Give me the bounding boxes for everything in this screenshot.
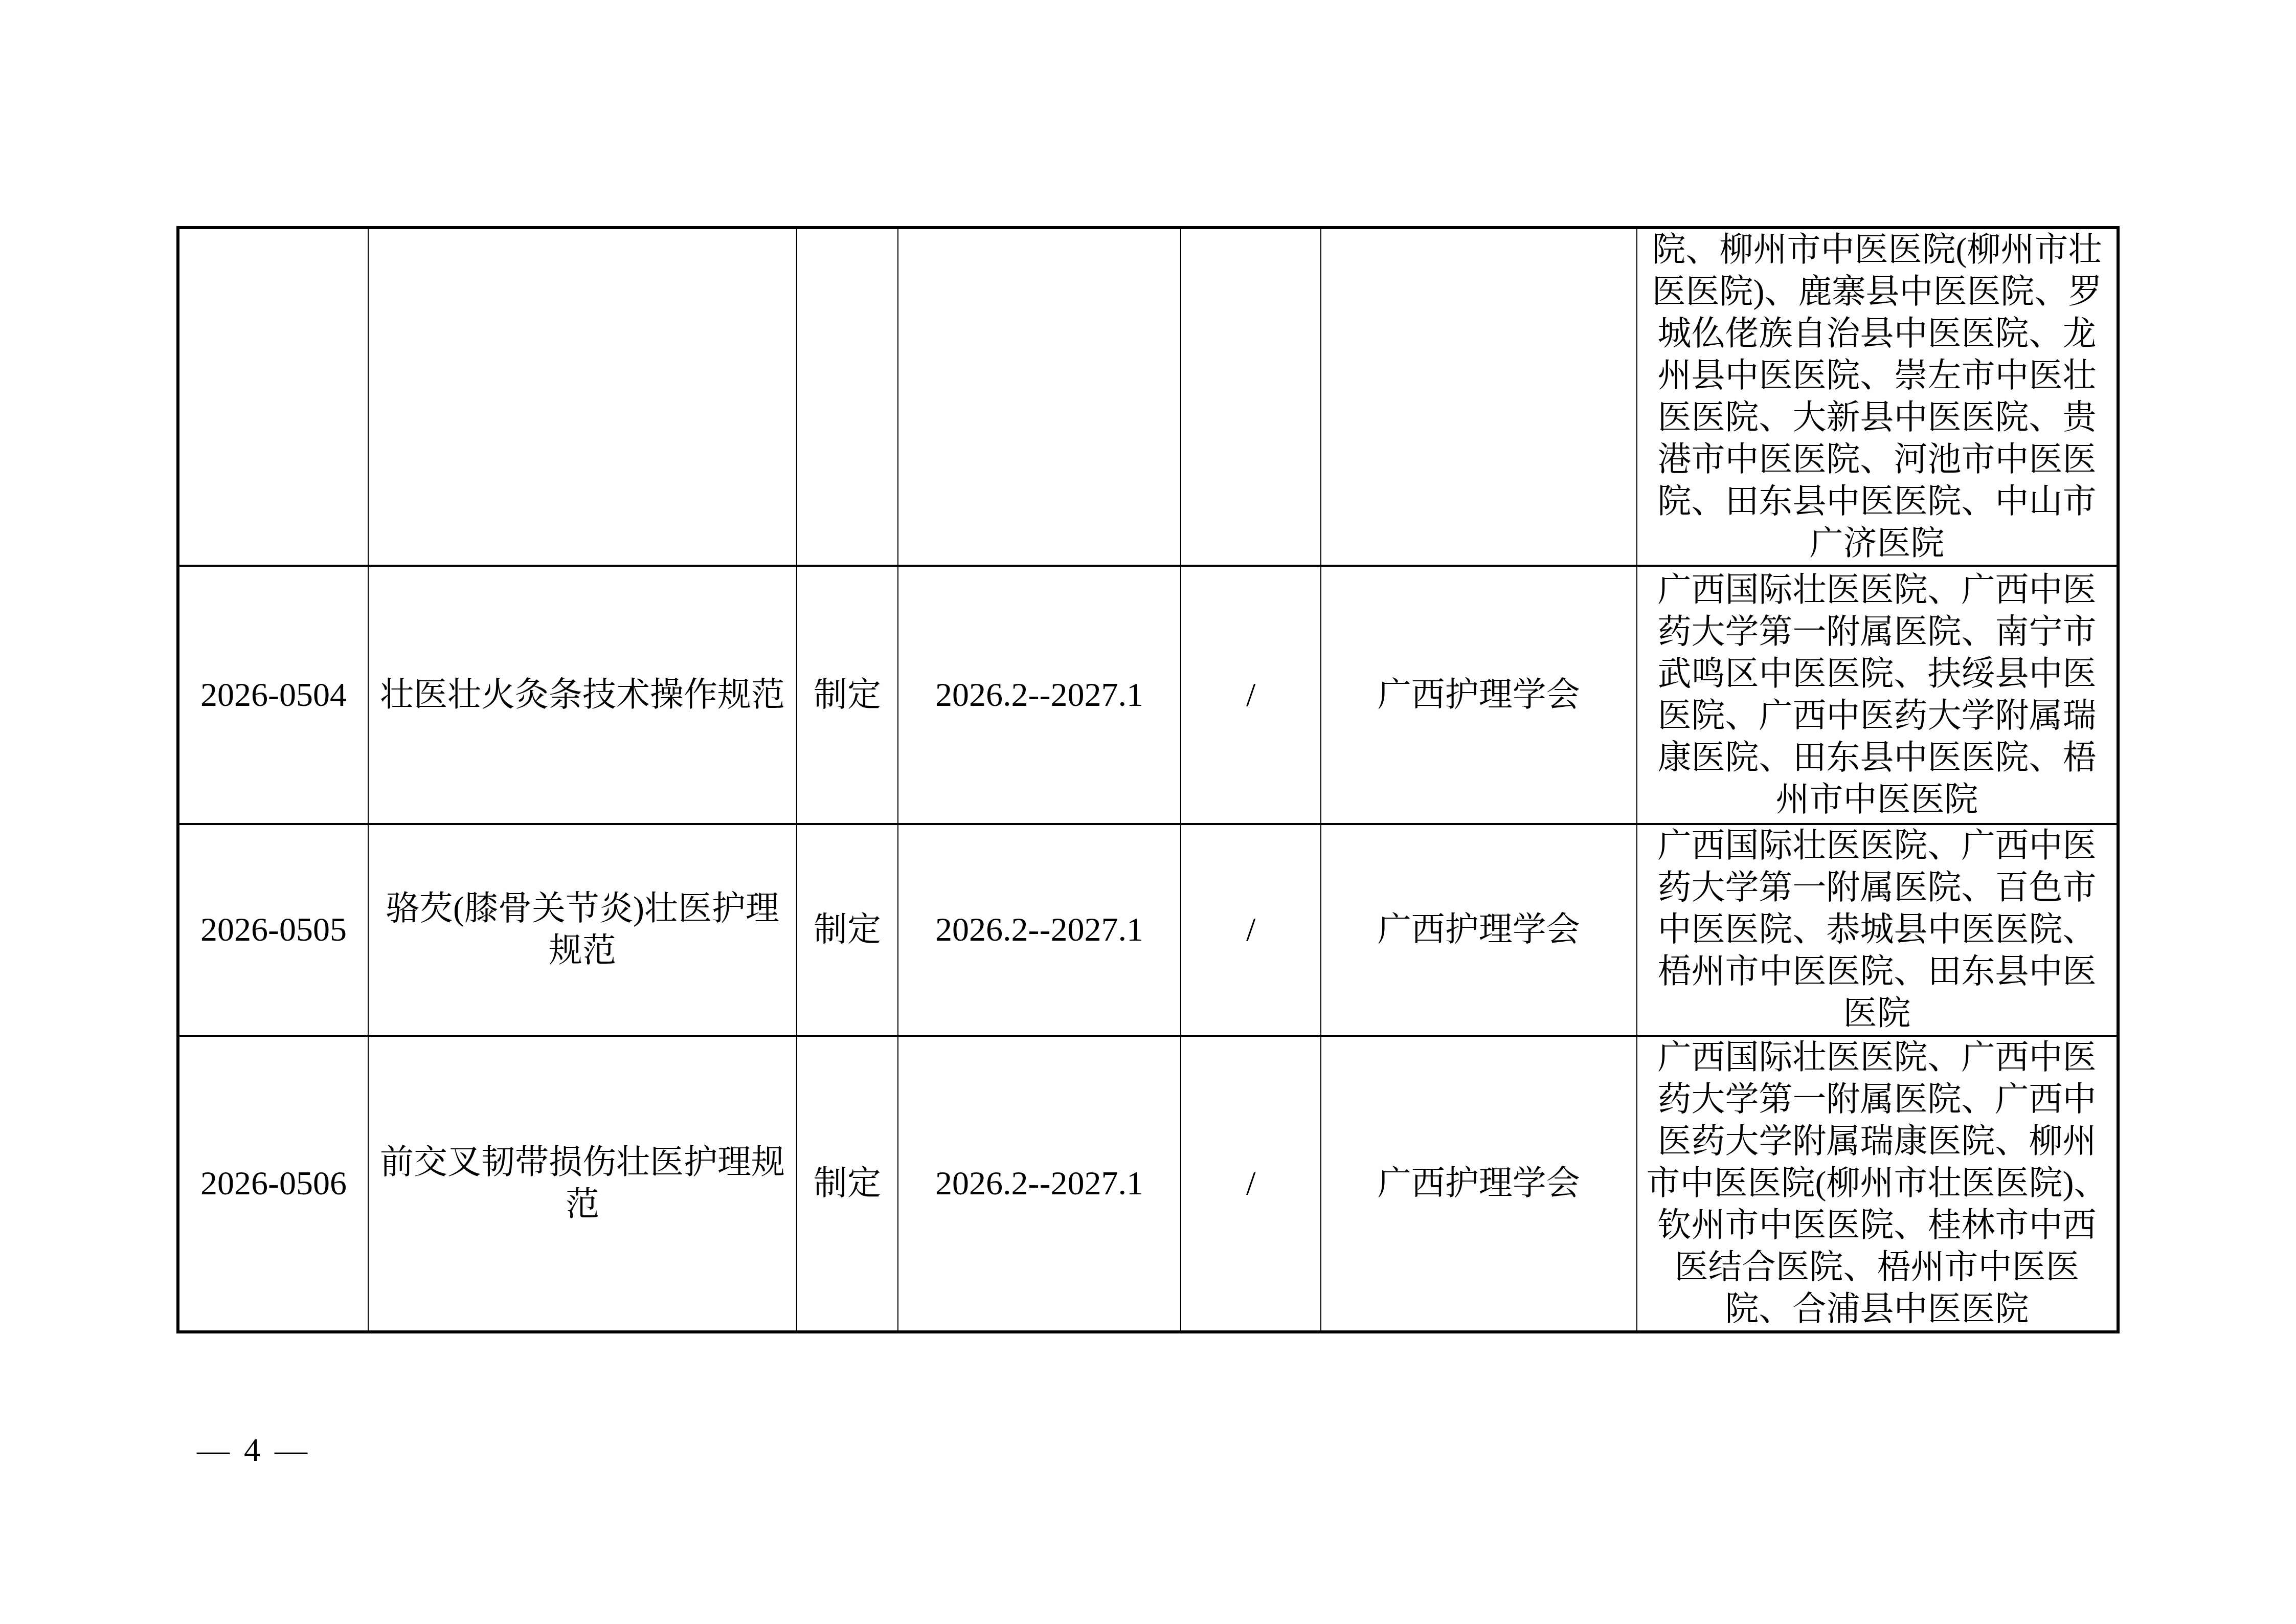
project-code-cell [178,228,368,566]
table-row: 2026-0505 骆芡(膝骨关节炎)壮医护理规范 制定 2026.2--202… [178,824,2118,1036]
table-row-continuation: 院、柳州市中医医院(柳州市壮医医院)、鹿寨县中医医院、罗城仫佬族自治县中医医院、… [178,228,2118,566]
timeline-cell: 2026.2--2027.1 [898,566,1181,824]
table-row: 2026-0504 壮医壮火灸条技术操作规范 制定 2026.2--2027.1… [178,566,2118,824]
table-row: 2026-0506 前交叉韧带损伤壮医护理规范 制定 2026.2--2027.… [178,1036,2118,1332]
note-cell: / [1181,824,1320,1036]
task-type-cell: 制定 [797,824,897,1036]
document-page: 院、柳州市中医医院(柳州市壮医医院)、鹿寨县中医医院、罗城仫佬族自治县中医医院、… [0,0,2296,1624]
standard-title-cell: 壮医壮火灸条技术操作规范 [368,566,797,824]
task-type-cell: 制定 [797,1036,897,1332]
participants-cell: 广西国际壮医医院、广西中医药大学第一附属医院、广西中医药大学附属瑞康医院、柳州市… [1637,1036,2118,1332]
organization-cell [1321,228,1637,566]
standard-title-cell: 骆芡(膝骨关节炎)壮医护理规范 [368,824,797,1036]
task-type-cell: 制定 [797,566,897,824]
timeline-cell [898,228,1181,566]
participants-cell: 院、柳州市中医医院(柳州市壮医医院)、鹿寨县中医医院、罗城仫佬族自治县中医医院、… [1637,228,2118,566]
standard-title-cell: 前交叉韧带损伤壮医护理规范 [368,1036,797,1332]
project-code-cell: 2026-0506 [178,1036,368,1332]
organization-cell: 广西护理学会 [1321,1036,1637,1332]
task-type-cell [797,228,897,566]
note-cell: / [1181,566,1320,824]
project-code-cell: 2026-0504 [178,566,368,824]
note-cell: / [1181,1036,1320,1332]
organization-cell: 广西护理学会 [1321,824,1637,1036]
standards-plan-table: 院、柳州市中医医院(柳州市壮医医院)、鹿寨县中医医院、罗城仫佬族自治县中医医院、… [176,226,2120,1333]
timeline-cell: 2026.2--2027.1 [898,824,1181,1036]
note-cell [1181,228,1320,566]
timeline-cell: 2026.2--2027.1 [898,1036,1181,1332]
participants-cell: 广西国际壮医医院、广西中医药大学第一附属医院、南宁市武鸣区中医医院、扶绥县中医医… [1637,566,2118,824]
page-number: — 4 — [197,1431,310,1469]
participants-cell: 广西国际壮医医院、广西中医药大学第一附属医院、百色市中医医院、恭城县中医医院、梧… [1637,824,2118,1036]
standard-title-cell [368,228,797,566]
organization-cell: 广西护理学会 [1321,566,1637,824]
project-code-cell: 2026-0505 [178,824,368,1036]
